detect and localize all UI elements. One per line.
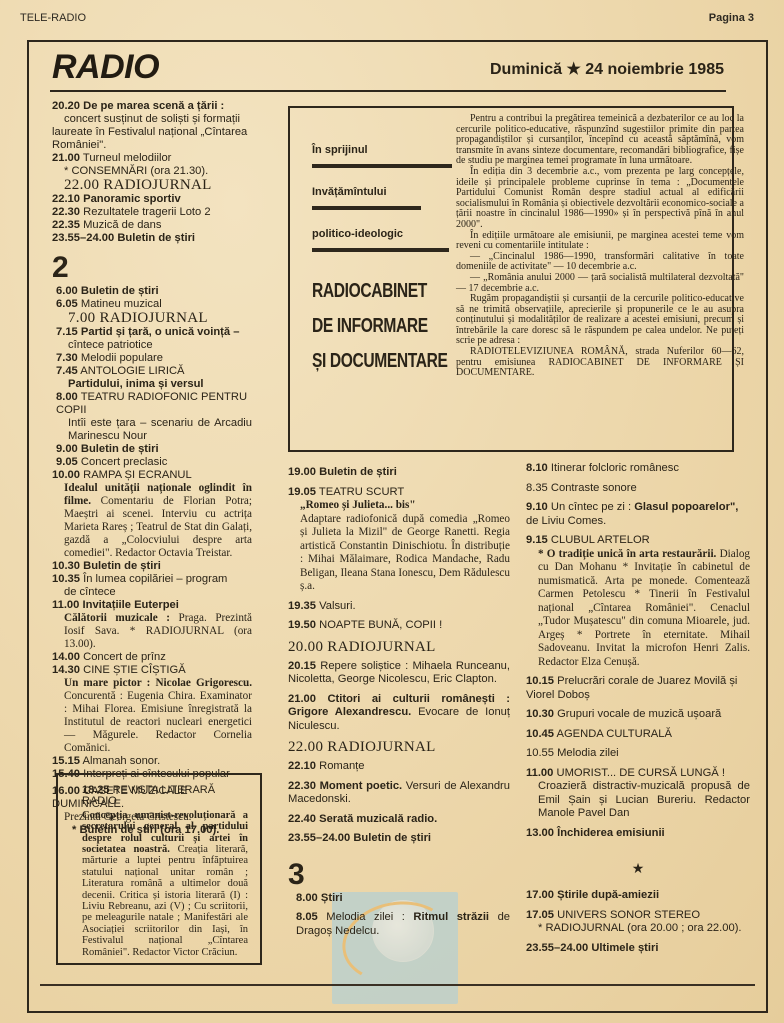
listing-item: 17.05 UNIVERS SONOR STEREO* RADIOJURNAL … <box>526 909 750 936</box>
listing-item: 22.40 Serată muzicală radio. <box>288 813 510 827</box>
listing-item: 9.15 CLUBUL ARTELOR * O tradiție unică î… <box>526 534 750 669</box>
listing-item: 7.15 Partid și țară, o unică voință –cîn… <box>56 326 252 352</box>
station-3-label: 3 <box>288 860 510 890</box>
radiocabinet-text: Pentru a contribui la pregătirea temeini… <box>456 114 744 379</box>
column-3: 8.10 Itinerar folcloric românesc 8.35 Co… <box>526 462 750 961</box>
listing-item: 6.00 Buletin de știri <box>56 285 252 298</box>
listing-item: 21.00 Turneul melodiilor * CONSEMNĂRI (o… <box>52 152 252 178</box>
masthead-rule <box>50 90 726 92</box>
decorative-bar <box>312 206 421 210</box>
listing-item: 23.55–24.00 Buletin de știri <box>52 232 252 245</box>
page-header-left: TELE-RADIO <box>20 12 86 24</box>
listing-item: 19.05 TEATRU SCURT „Romeo și Julieta... … <box>288 486 510 594</box>
listing-item: 20.15 Repere soliștice : Mihaela Runcean… <box>288 660 510 687</box>
listing-item: 7.45 ANTOLOGIE LIRICĂPartidului, inima ș… <box>56 365 252 391</box>
listing-item: 8.00 TEATRU RADIOFONIC PENTRU COPIIIntîi… <box>56 391 252 443</box>
listing-item: 8.35 Contraste sonore <box>526 482 750 496</box>
radiojurnal-heading: 22.00 RADIOJURNAL <box>52 179 252 192</box>
listing-item: 22.30 Rezultatele tragerii Loto 2 <box>52 206 252 219</box>
page-number: Pagina 3 <box>709 12 754 24</box>
listing-item: 10.55 Melodia zilei <box>526 747 750 761</box>
star-separator-icon: ★ <box>526 862 750 875</box>
decorative-bar <box>312 248 449 252</box>
listing-item: 13.00 Închiderea emisiunii <box>526 827 750 841</box>
listing-item: 19.35 Valsuri. <box>288 600 510 614</box>
listing-item: 10.35 În lumea copilăriei – programde cî… <box>52 573 252 599</box>
column-1: 20.20 De pe marea scenă a țării : concer… <box>52 100 252 837</box>
listing-item: 9.10 Un cîntec pe zi : Glasul popoarelor… <box>526 501 750 528</box>
listing-item: 9.05 Concert preclasic <box>56 456 252 469</box>
listing-item: 8.10 Itinerar folcloric românesc <box>526 462 750 476</box>
listing-item: 10.00 RAMPA ȘI ECRANUL Idealul unității … <box>52 469 252 560</box>
listing-item: 23.55–24.00 Ultimele știri <box>526 942 750 956</box>
listing-item: 17.00 Știrile după-amiezii <box>526 889 750 903</box>
listing-item: 7.30 Melodii populare <box>56 352 252 365</box>
listing-item: 22.35 Muzică de dans <box>52 219 252 232</box>
radiojurnal-heading: 20.00 RADIOJURNAL <box>288 641 510 654</box>
decorative-bar <box>312 164 452 168</box>
station-2-label: 2 <box>52 253 252 283</box>
listing-item: 19.50 NOAPTE BUNĂ, COPII ! <box>288 619 510 633</box>
radiocabinet-title-block: În sprijinul Invățămîntului politico-ide… <box>312 144 452 385</box>
bottom-rule <box>40 984 755 986</box>
listing-item: 23.55–24.00 Buletin de știri <box>288 832 510 846</box>
listing-item: 22.10 Romanțe <box>288 760 510 774</box>
listing-item: 10.45 AGENDA CULTURALĂ <box>526 728 750 742</box>
radiojurnal-heading: 7.00 RADIOJURNAL <box>56 312 252 325</box>
listing-item: 10.15 Prelucrări corale de Juarez Movilă… <box>526 675 750 702</box>
listing-item: 10.30 Buletin de știri <box>52 560 252 573</box>
masthead-title: RADIO <box>52 48 159 87</box>
listing-item: 9.00 Buletin de știri <box>56 443 252 456</box>
listing-item: 19.00 Buletin de știri <box>288 466 510 480</box>
listing-item: 21.00 Ctitori ai culturii românești : Gr… <box>288 693 510 734</box>
listing-item: 11.00 Invitațiile Euterpei Călătorii muz… <box>52 599 252 651</box>
listing-item: 14.30 CINE ȘTIE CÎȘTIGĂ Un mare pictor :… <box>52 664 252 755</box>
radiocabinet-box: În sprijinul Invățămîntului politico-ide… <box>288 106 734 452</box>
radiojurnal-heading: 22.00 RADIOJURNAL <box>288 741 510 754</box>
listing-item: 22.10 Panoramic sportiv <box>52 193 252 206</box>
listing-item: 22.30 Moment poetic. Versuri de Alexandr… <box>288 780 510 807</box>
listing-item: 8.05 Melodia zilei : Ritmul străzii de D… <box>296 911 510 938</box>
masthead-date: Duminică ★ 24 noiembrie 1985 <box>490 59 724 79</box>
revista-literara-box: 18.25 REVISTA LITERARĂ RADIO Concepția u… <box>56 773 262 965</box>
listing-item: 15.15 Almanah sonor. <box>52 755 252 768</box>
listing-item: 8.00 Știri <box>296 892 510 906</box>
listing-item: 10.30 Grupuri vocale de muzică ușoară <box>526 708 750 722</box>
listing-item: 11.00 UMORIST... DE CURSĂ LUNGĂ !Croazie… <box>526 767 750 821</box>
listing-item: 14.00 Concert de prînz <box>52 651 252 664</box>
column-2: 19.00 Buletin de știri 19.05 TEATRU SCUR… <box>288 466 510 944</box>
listing-item: 20.20 De pe marea scenă a țării : concer… <box>52 100 252 152</box>
